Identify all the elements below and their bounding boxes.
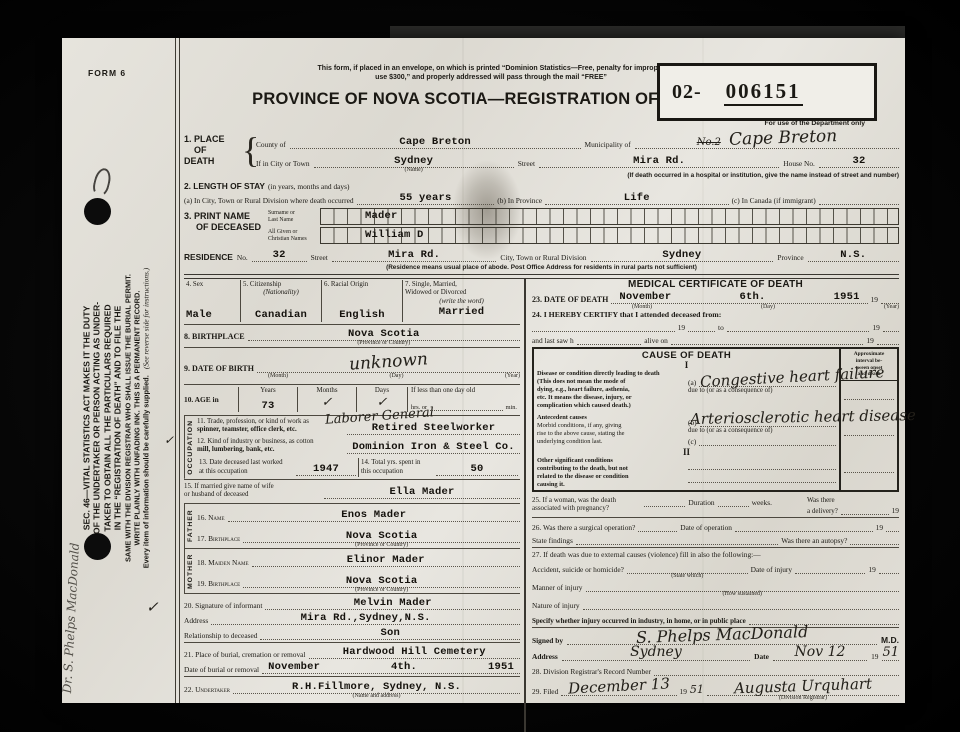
age-months-cell: Months ✓ [297,387,356,412]
burial-date-label: Date of burial or removal [184,665,259,674]
residence-label: RESIDENCE [184,252,233,262]
section-29-filed: 29. Filed December 13 19 51 Augusta Urqu… [532,676,899,696]
section-11-trade: Laborer General 11. Trade, profession, o… [197,418,520,435]
father-birthplace-sublabel: (Province or Country) [243,542,520,548]
manner-of-injury-label: Manner of injury [532,583,583,592]
form-body: This form, if placed in an envelope, on … [175,38,905,703]
antecedent-row: Antecedent causes Morbid conditions, if … [537,414,836,446]
physician-address-handwritten: Sydney [630,644,682,660]
edge-handwritten-signature: Dr. S. Phelps MacDonald [26,513,116,723]
city-town-value: Sydney [394,155,433,167]
section-1-label-line: 1. PLACE [184,134,240,145]
filed-label: 29. Filed [532,687,558,696]
external-causes-label: 27. If death was due to external causes … [532,550,899,559]
findings-blank [576,535,778,545]
total-years-label-line2: this occupation [361,468,433,476]
total-years-label-line1: 14. Total yrs. spent in [361,459,433,467]
father-birthplace-label: 17. Birthplace [197,534,240,543]
undertaker-value: R.H.Fillmore, Sydney, N.S. [292,681,461,693]
birthplace-sublabel: (Province or Country) [248,340,520,346]
municipality-label: Municipality of [585,140,631,149]
row-sections-4-7: 4. Sex Male 5. Citizenship (Nationality)… [184,279,520,325]
informant-address-value: Mira Rd.,Sydney,N.S. [301,612,431,624]
certify-blank2 [883,322,899,332]
filed-date-handwritten: December 13 [568,674,671,697]
section-19-mother-birthplace: 19. Birthplace Nova Scotia (Province or … [197,570,520,588]
residence-province-value: N.S. [840,249,866,261]
occupation-group: OCCUPATION Laborer General 11. Trade, pr… [184,416,520,480]
certify-to-blank [727,322,870,332]
sign-yr19: 19 [871,652,878,661]
informant-value: Melvin Mader [354,597,432,609]
interval-blank-3 [844,471,894,473]
state-findings-label: State findings [532,536,573,545]
duration-blank [718,497,749,507]
stay-a-label: (a) In City, Town or Rural Division wher… [184,196,354,205]
antecedent-label: Antecedent causes [537,414,685,422]
disease-note-line: (This does not mean the mode of [537,378,685,386]
given-names-sublabel-line: Christian Names [268,236,320,243]
operation-blank [638,522,677,532]
date-of-injury-label: Date of injury [751,565,792,574]
disease-label: Disease or condition directly leading to… [537,370,685,378]
father-birthplace-value: Nova Scotia [346,530,418,542]
death-year19: 19 [871,295,878,304]
record-number-label: 28. Division Registrar's Record Number [532,667,651,676]
section-7-marital-status: 7. Single, Married, Widowed or Divorced … [402,280,520,322]
months-label: Months [298,387,356,395]
section-1-place-of-death: 1. PLACE OF DEATH { County of Cape Breto… [184,130,899,179]
section-3-label-line: OF DECEASED [184,222,268,233]
signed-by-label: Signed by [532,636,563,645]
age-label: 10. AGE in [184,387,238,412]
form-number-label: FORM 6 [88,68,126,78]
certify-blank [688,322,715,332]
name-subcaption: (Name) [314,167,514,173]
lastsaw-yr19: 19 [866,336,873,345]
section-1-label-line: DEATH [184,156,240,167]
cause-of-death-box: CAUSE OF DEATH I Disease or condition di… [532,347,899,492]
surname-letter-boxes: Mader [320,208,899,225]
interval-blank-1 [844,398,894,400]
delivery-label-line1: Was there [807,496,899,504]
residence-city-label: City, Town or Rural Division [500,253,586,262]
section-22-undertaker: 22. Undertaker R.H.Fillmore, Sydney, N.S… [184,677,520,696]
last-saw-label: and last saw h [532,336,574,345]
section-3-label: 3. PRINT NAME OF DECEASED [184,208,268,246]
burial-place-label: 21. Place of burial, cremation or remova… [184,650,306,659]
marital-sublabel: (write the word) [405,298,518,306]
last-worked-label-line1: 13. Date deceased last worked [199,459,293,467]
burial-place-value: Hardwood Hill Cemetery [343,646,486,658]
mother-group: MOTHER 18. Maiden Name Elinor Mader 19. … [184,549,520,594]
residence-street-value: Mira Rd. [388,249,440,261]
spouse-value: Ella Mader [389,486,454,498]
citizenship-value: Canadian [243,309,319,321]
street-label: Street [518,159,535,168]
date-of-injury-blank [795,564,865,574]
stay-b-value: Life [624,192,650,204]
delivery-yr19: 19 [892,506,899,515]
birthplace-label: 8. BIRTHPLACE [184,332,245,341]
municipality-handwritten-value: Cape Breton [729,126,838,150]
certify-yr19a: 19 [678,323,685,332]
death-year-subcaption: (Year) [884,304,899,310]
stay-a-value: 55 years [399,192,451,204]
section-23-date-of-death: 23. DATE OF DEATH November 6th. 1951 19 [532,290,899,310]
days-label: Days [357,387,407,395]
disease-note-line: dying, e.g., heart failure, asthenia, [537,386,685,394]
interval-header-line: Approximate [842,351,896,358]
death-day: 6th. [739,291,765,303]
other-conditions-line: causing it. [537,481,685,489]
hospital-note: (If death occurred in a hospital or inst… [256,172,899,179]
section-27-external-causes: 27. If death was due to external causes … [532,548,899,628]
age-years-cell: Years 73 [238,387,297,412]
section-24-certify: 24. I HEREBY CERTIFY that I attended dec… [532,310,899,345]
supplied-note: Every item of information should be care… [141,375,150,568]
industry-label-line1: 12. Kind of industry or business, as cot… [197,438,343,446]
burial-date-day: 4th. [391,661,417,673]
section-13-last-worked: 13. Date deceased last worked at this oc… [197,458,358,477]
section-17-father-birthplace: 17. Birthplace Nova Scotia (Province or … [197,525,520,543]
nature-of-injury-label: Nature of injury [532,601,580,610]
maiden-name-label: 18. Maiden Name [197,558,249,567]
given-names-value: William D [365,229,424,241]
year-subcaption: (Year) [505,373,520,379]
due-to-label-2: due to (or as a consequence of) [688,427,836,434]
mother-birthplace-sublabel: (Province or Country) [243,587,520,593]
sign-date-handwritten: Nov 12 [795,644,846,660]
other-blank-2 [688,473,836,483]
informant-label: 20. Signature of informant [184,601,262,610]
death-day-subcaption: (Day) [761,304,775,310]
operation-label: 26. Was there a surgical operation? [532,523,635,532]
sign-year-handwritten: 51 [882,645,899,661]
death-certificate-paper: FORM 6 SEC. 46—VITAL STATISTICS ACT MAKE… [62,38,905,703]
certify-from-blank [532,322,675,332]
section-20-informant: 20. Signature of informant Melvin Mader … [184,594,520,643]
residence-street-label: Street [311,253,328,262]
trade-label-line2: spinner, teamster, office clerk, etc. [197,426,343,434]
month-subcaption: (Month) [268,373,288,379]
cause-c-line [699,436,836,446]
section-1-label-line: OF [184,145,240,156]
given-names-sublabel-line: All Given or [268,229,320,236]
section-12-industry: 12. Kind of industry or business, as cot… [197,438,520,455]
date-of-birth-handwritten: unknown [348,349,428,374]
residence-city-value: Sydney [662,249,701,261]
length-of-stay-label: 2. LENGTH OF STAY [184,181,265,191]
residence-no-label: No. [237,253,248,262]
given-names-letter-boxes: William D [320,227,899,244]
injury-blank2 [879,564,899,574]
mail-note-line2: use $300,” and properly addressed will p… [266,73,716,82]
registration-number-box: 02- 006151 [657,63,877,121]
duration-label: Duration [688,498,714,507]
racial-origin-value: English [324,309,400,321]
racial-origin-label: 6. Racial Origin [324,281,400,289]
scanned-document: FORM 6 SEC. 46—VITAL STATISTICS ACT MAKE… [0,0,960,732]
trade-value: Retired Steelworker [372,422,496,434]
section-5-citizenship: 5. Citizenship (Nationality) Canadian [240,280,321,322]
date-of-birth-label: 9. DATE OF BIRTH [184,364,254,373]
other-conditions-line: related to the disease or condition [537,473,685,481]
antecedent-note-line: Morbid conditions, if any, giving [537,422,685,430]
margin-checkmark: ✓ [164,433,174,447]
md-label: M.D. [881,635,899,645]
marital-value: Married [405,306,518,318]
other-conditions-row: Other significant conditions contributin… [537,457,836,489]
mother-birthplace-label: 19. Birthplace [197,579,240,588]
occupation-vertical-label: OCCUPATION [184,416,196,479]
undertaker-sublabel: (Name and address) [233,693,520,699]
section-3-label-line: 3. PRINT NAME [184,211,268,222]
section-3-print-name: 3. PRINT NAME OF DECEASED Surname or Las… [184,208,899,246]
section-6-racial-origin: 6. Racial Origin English [321,280,402,322]
marital-label-line1: 7. Single, Married, [405,281,518,289]
burial-date-year: 1951 [488,661,514,673]
autopsy-label: Was there an autopsy? [781,536,847,545]
min-label: min. [506,404,517,411]
operation-blank2 [886,522,899,532]
section-16-father-name: 16. Name Enos Mader [197,506,520,522]
physician-signature-block: Signed by S. Phelps MacDonald M.D. Addre… [532,628,899,661]
filed-year-handwritten: 51 [690,683,704,696]
burial-date-month: November [268,661,320,673]
nature-of-injury-blank [583,600,899,610]
residence-note: (Residence means usual place of abode. P… [184,264,899,271]
section-15-spouse: 15. If married give name of wife or husb… [184,480,520,505]
county-value: Cape Breton [399,136,471,148]
roman-numeral-two: II [537,448,836,457]
death-month: November [619,291,671,303]
certify-label: 24. I HEREBY CERTIFY that I attended dec… [532,310,899,319]
operation-yr19: 19 [876,523,883,532]
section-21-burial: 21. Place of burial, cremation or remova… [184,643,520,677]
citizenship-label: 5. Citizenship [243,281,319,289]
margin-checkmark: ✓ [146,598,159,616]
less-than-day-label: If less than one day old [411,387,517,395]
death-year: 1951 [834,291,860,303]
brace-glyph: { [242,130,254,179]
registration-number-prefix: 02- [672,81,702,104]
medical-certificate-column: MEDICAL CERTIFICATE OF DEATH 23. DATE OF… [525,279,899,732]
length-of-stay-sublabel: (in years, months and days) [268,182,350,191]
section-26-operation: 26. Was there a surgical operation? Date… [532,518,899,548]
father-name-label: 16. Name [197,513,225,522]
house-no-value: 32 [852,155,865,167]
industry-value: Dominion Iron & Steel Co. [352,441,515,453]
alive-on-label: alive on [644,336,668,345]
cause-c-label: (c) [688,437,696,446]
autopsy-blank [850,535,899,545]
death-year-blank [881,294,899,304]
physician-address-label: Address [532,652,558,661]
marital-label-line2: Widowed or Divorced [405,289,518,297]
mail-franking-note: This form, if placed in an envelope, on … [266,64,716,83]
pregnancy-label-line2: associated with pregnancy? [532,504,640,512]
other-blank-1 [688,460,836,470]
years-value: 73 [239,400,297,412]
date-of-death-label: 23. DATE OF DEATH [532,295,608,304]
city-town-label: If in City or Town [256,159,310,168]
section-25-pregnancy: 25. If a woman, was the death associated… [532,494,899,518]
cause-a-label: (a) [688,378,696,387]
date-of-operation-blank [735,522,873,532]
months-checkmark: ✓ [298,395,356,410]
delivery-label-line2: a delivery? [807,507,838,515]
total-years-value: 50 [470,463,483,475]
injury-yr19: 19 [868,565,875,574]
filed-yr19: 19 [680,687,687,696]
mother-birthplace-value: Nova Scotia [346,575,418,587]
other-conditions-line: contributing to the death, but not [537,465,685,473]
disease-row: Disease or condition directly leading to… [537,370,836,410]
day-subcaption: (Day) [389,373,403,379]
medical-certificate-title: MEDICAL CERTIFICATE OF DEATH [532,279,899,290]
father-name-value: Enos Mader [341,509,406,521]
how-sustained-sublabel: (How sustained) [586,591,900,597]
interval-blank-2 [844,434,894,436]
last-saw-blank [577,335,642,345]
delivery-blank [841,505,889,515]
section-28-record-number: 28. Division Registrar's Record Number [532,663,899,676]
accident-label: Accident, suicide or homicide? [532,565,624,574]
section-1-label: 1. PLACE OF DEATH [184,130,240,179]
certify-to: to [718,323,724,332]
section-14-total-years: 14. Total yrs. spent in this occupation … [358,458,520,477]
sex-label: 4. Sex [186,281,238,289]
statute-line: SAME WITH THE DIVISION REGISTRAR WHO SHA… [123,158,132,678]
disease-note-line: etc. It means the disease, injury, or [537,394,685,402]
weeks-label: weeks. [752,498,772,507]
county-label: County of [256,140,286,149]
house-no-label: House No. [783,159,815,168]
disease-note-line: complication which caused death.) [537,402,685,410]
last-worked-label-line2: at this occupation [199,468,293,476]
section-8-birthplace: 8. BIRTHPLACE Nova Scotia (Province or C… [184,325,520,348]
father-group: FATHER 16. Name Enos Mader 17. Birthplac… [184,504,520,549]
given-names-sublabel: All Given or Christian Names [268,229,320,242]
father-vertical-label: FATHER [184,504,196,548]
state-which-sublabel: (State which) [627,573,748,579]
sign-date-label: Date [754,652,769,661]
informant-address-label: Address [184,616,208,625]
informant-relationship-label: Relationship to deceased [184,631,257,640]
spouse-label-line2: or husband of deceased [184,491,320,499]
reverse-side-note: (See reverse side for instructions.) [141,268,150,369]
stay-b-label: (b) In Province [497,196,542,205]
section-2-length-of-stay: 2. LENGTH OF STAY (in years, months and … [184,181,899,205]
alive-on-blank [671,335,864,345]
municipality-struck-value: No.2 [697,137,721,148]
registration-number: 006151 [724,79,803,106]
antecedent-note-line: underlying condition last. [537,438,685,446]
residence-province-label: Province [777,253,803,262]
spouse-label-line1: 15. If married give name of wife [184,483,320,491]
hrs-blank [430,401,503,411]
birthplace-value: Nova Scotia [348,328,420,340]
sex-value: Male [186,309,238,321]
lastsaw-blank2 [877,335,899,345]
surname-sublabel: Surname or Last Name [268,210,320,223]
surname-value: Mader [365,210,398,222]
years-label: Years [239,387,297,395]
informant-relationship-value: Son [380,627,400,639]
last-worked-value: 1947 [313,463,339,475]
certify-yr19b: 19 [872,323,879,332]
antecedent-note-line: rise to the above cause, stating the [537,430,685,438]
trade-label-line1: 11. Trade, profession, or kind of work a… [197,418,343,426]
surname-sublabel-line: Last Name [268,217,320,224]
pregnancy-blank [644,497,685,507]
other-conditions-label: Other significant conditions [537,457,685,465]
division-registrar-signature: Augusta Urquhart [734,675,873,698]
stay-c-label: (c) In Canada (if immigrant) [732,196,816,205]
pregnancy-label-line1: 25. If a woman, was the death [532,496,640,504]
section-4-sex: 4. Sex Male [184,280,240,322]
mail-note-line1: This form, if placed in an envelope, on … [266,64,716,73]
date-of-operation-label: Date of operation [680,523,732,532]
maiden-name-value: Elinor Mader [347,554,425,566]
specify-injury-label: Specify whether injury occurred in indus… [532,617,746,625]
statute-line: WRITE PLAINLY WITH UNFADING INK. THIS IS… [132,158,141,678]
division-registrar-sublabel: (Division Registrar) [707,695,899,701]
undertaker-label: 22. Undertaker [184,685,230,694]
surname-sublabel-line: Surname or [268,210,320,217]
personal-particulars-column: 4. Sex Male 5. Citizenship (Nationality)… [184,279,525,732]
section-9-date-of-birth: 9. DATE OF BIRTH unknown (Month) (Day) (… [184,348,520,385]
residence-no-value: 32 [273,249,286,261]
street-value: Mira Rd. [633,155,685,167]
section-18-maiden-name: 18. Maiden Name Elinor Mader [197,551,520,567]
residence-row: RESIDENCE No. 32 Street Mira Rd. City, T… [184,249,899,262]
stay-c-blank [819,195,899,205]
industry-label-line2: mill, lumbering, bank, etc. [197,446,343,454]
mother-vertical-label: MOTHER [184,549,196,593]
citizenship-sublabel: (Nationality) [243,289,319,297]
